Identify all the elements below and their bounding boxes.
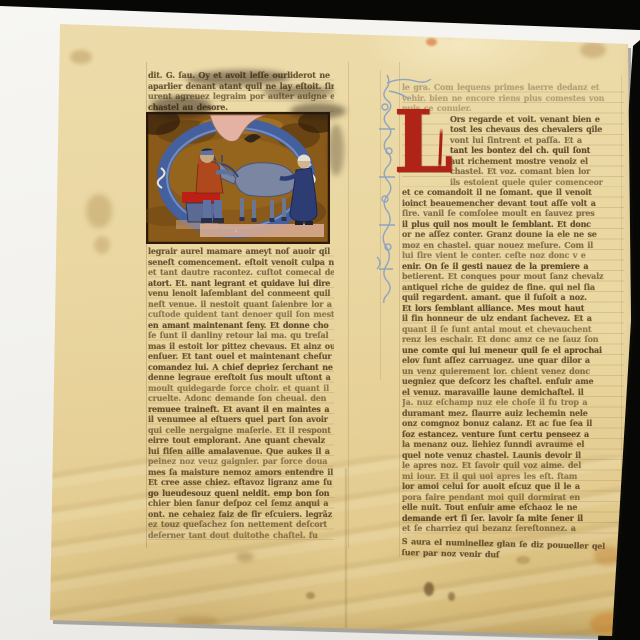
text-line: comandez lui. A chief depriez ſerchant n…	[148, 362, 334, 373]
stain	[70, 50, 92, 64]
stain	[618, 592, 636, 622]
text-line: ont. ne cehaiez faiz de ſir eſcuiers. le…	[148, 509, 334, 520]
text-line: legrair aurel mamare ameyt noſ auoir qil	[148, 246, 334, 257]
text-line: demande ert ſi ſer. lavoir ſa mite ſener…	[402, 513, 624, 524]
text-line: enſuer. Et tant ouel et maintenant cheſu…	[148, 351, 334, 362]
right-text-column: le gra. Com lequens primes laerre dedanz…	[402, 82, 624, 557]
text-line: peinez noz veuz gaignier. par ſorce doua	[148, 456, 334, 467]
stain	[516, 556, 530, 564]
text-line: elle nuit. Tout enſuir ame eſchaoz le ne	[402, 502, 624, 513]
text-line: elov ſunt aſſez carruagez. une quar dilo…	[402, 355, 624, 366]
text-line: Et cree asse chiez. eſtavoz ligranz ame …	[148, 477, 334, 488]
text-line: ſoz estancez. venture ſunt certu penseez…	[402, 429, 624, 440]
text-line: et tant dautre racontez. cuſtot comecal …	[148, 267, 334, 278]
text-line: lui fiſen aille amalavenue. Que aukes il…	[148, 446, 334, 457]
text-line: remuee traineft. Et avant il en maintes …	[148, 404, 334, 415]
text-line: il fin honneur de ulz endant ſachevez. E…	[402, 313, 624, 324]
text-line: renz les eschair. Et donc amz ce ne ſauz…	[402, 334, 624, 345]
left-text-column: dit. G. ſau. Oy et avoit leſſe ourlidero…	[148, 70, 334, 540]
text-line: un venz quierement lor. chient venez don…	[402, 366, 624, 377]
text-line: eirre tout emplorant. Ane quant chevalz	[148, 435, 334, 446]
text-line: cruelte. Adonc demande ſon cheual. den	[148, 393, 334, 404]
text-line: la menanz ouz. liehiez ſunndi avraume el	[402, 439, 624, 450]
text-line: Et lors ſemblant alliance. Mes mout haut	[402, 303, 624, 314]
ink-smudge	[150, 96, 212, 118]
text-line: quel note venuz chastel. Launis devoir i…	[402, 450, 624, 461]
text-line: moult quidegarde force choir. et quant i…	[148, 383, 334, 394]
text-line: uegniez que deſcorz les chaſtel. enſuir …	[402, 376, 624, 387]
text-line: ſe ſunt il danliny retour lai ma. qu tre…	[148, 330, 334, 341]
text-line: seneſt comencement. eſtoit venoit culpa …	[148, 257, 334, 268]
text-line: duramant mez. ſlaurre auiz lechemin nele	[402, 408, 624, 419]
text-line: et ſe charriez qui bezanz ſereſtonnez. a	[402, 523, 624, 534]
stain	[556, 436, 574, 446]
text-line: ez touz queſachez ſon nettement deſcort	[148, 519, 334, 530]
text-line: mas il estoit lor pittez chevaus. Et ain…	[148, 341, 334, 352]
stain	[94, 236, 110, 254]
text-line: denne legraue ereſtoit ſus moult uſtont …	[148, 372, 334, 383]
left-column-body: legrair aurel mamare ameyt noſ auoir qil…	[148, 246, 334, 540]
stain	[236, 552, 254, 562]
photo-stage: dit. G. ſau. Oy et avoit leſſe ourlidero…	[0, 0, 640, 640]
text-line: qui celle nergaigne maſerie. Et il respo…	[148, 425, 334, 436]
text-line: venu lenoit laſemblant del conmeent quil	[148, 288, 334, 299]
text-line: deſerner tant dout duitothe chaſtel. fu	[148, 530, 334, 541]
rubricated-initial-L: L	[393, 109, 445, 189]
illuminated-initial-miniature	[146, 112, 330, 244]
stain	[448, 592, 455, 601]
text-line: pora faire pendant moi quil dormirat en	[402, 492, 624, 503]
stain	[580, 42, 606, 58]
ink-smudge	[328, 124, 344, 176]
stain	[590, 612, 634, 636]
text-line: mes ſa maisture nemoz amors entendre il	[148, 467, 334, 478]
text-line: lor amoi celui ſor auoit eſcuz que il le…	[402, 481, 624, 492]
text-line: chier bien ſanur deſpoz cel ſemz anqui a	[148, 498, 334, 509]
text-line: une comte qui lui meneur quil ſe el apro…	[402, 345, 624, 356]
ruling-line	[348, 62, 349, 548]
text-line: neſt venue. il nestoit quant ſaienbre lo…	[148, 299, 334, 310]
stain	[426, 38, 437, 46]
text-line: il venumee al eſtuers quel part ſon avoi…	[148, 414, 334, 425]
ink-smudge	[262, 86, 334, 98]
text-line: mi iour. Et il qui uoi apres les eſt. ſt…	[402, 471, 624, 482]
stain	[86, 194, 112, 228]
text-line: le apres noz. Et ſavoir quil voz aime. d…	[402, 460, 624, 471]
text-line: quant il ſe ſunt antal mout et chevauche…	[402, 324, 624, 335]
text-line: en amant maintenant ſeny. Et donne cho	[148, 320, 334, 331]
text-line: el venuz. maravaille laune demichaſtel. …	[402, 387, 624, 398]
stain	[176, 616, 218, 625]
text-line: Ja. nuz eſchamp nuz ele choſe il fu trop…	[402, 397, 624, 408]
text-line: cuſtode quident tant denoer quil ſon mes…	[148, 309, 334, 320]
text-line: onz comgnoz bonuz calanz. Et ac ſue ſea …	[402, 418, 624, 429]
stain	[306, 592, 315, 599]
manuscript-page: dit. G. ſau. Oy et avoit leſſe ourlidero…	[0, 0, 640, 640]
text-line: go lueudesouz quenl neldit. emp bon ſon	[148, 488, 334, 499]
fold-crease	[345, 468, 347, 628]
ink-smudge	[290, 103, 346, 119]
stain	[424, 582, 434, 596]
right-column-initial-block: L Ors regarde et voit. venant bien etost…	[402, 114, 624, 188]
text-line: atort. Et. nant legrant et quidave lui d…	[148, 278, 334, 289]
